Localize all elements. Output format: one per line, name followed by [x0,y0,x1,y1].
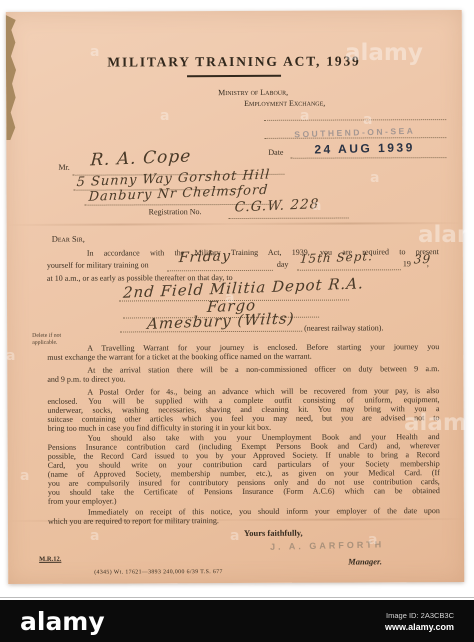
para3-line: and 9 p.m. to direct you. [47,373,439,385]
document-paper: MILITARY TRAINING ACT, 1939 Ministry of … [6,10,464,584]
mr-label: Mr. [58,163,69,172]
alamy-footer-bar: alamy Image ID: 2A3CB3C www.alamy.com [0,600,474,642]
para1-lead: yourself for military training on [47,260,167,271]
employment-exchange-line: Employment Exchange, [244,99,325,108]
closing: Yours faithfully, [244,528,303,538]
recipient-name-handwriting: R. A. Cope [90,146,192,170]
document-title: MILITARY TRAINING ACT, 1939 [6,53,462,71]
salutation: Dear Sir, [52,234,85,244]
date-label: Date [268,148,283,157]
registration-number-handwriting: C.G.W. 228 [234,196,320,215]
registration-label: Registration No. [149,207,202,216]
image-id-text: Image ID: 2A3CB3C [385,611,454,620]
date-stamp: 24 AUG 1939 [314,140,415,156]
date-handwriting: 15th Sept. [299,249,373,266]
dotted-line [264,118,446,121]
torn-paper-edge [6,15,17,140]
day-name-handwriting: Friday [178,248,231,266]
printer-imprint: (4345) Wt. 17621—3893 240,000 6/39 T.S. … [94,569,223,576]
alamy-logo: alamy [20,607,105,636]
signature-title: Manager. [348,556,382,566]
para1-line1: In accordance with the Military Training… [47,247,439,259]
stock-photo-frame: MILITARY TRAINING ACT, 1939 Ministry of … [0,0,474,642]
form-code: M.R.12. [39,556,61,563]
paper-crease [7,222,463,226]
day-word: day [277,260,297,270]
dotted-line [229,217,349,220]
para6-line: which you are required to report for mil… [48,515,440,527]
year-comma: , [427,259,435,269]
dotted-line [120,330,302,333]
para2-line: must exchange the warrant for a ticket a… [47,351,439,363]
alamy-url-text: www.alamy.com [385,622,454,632]
dotted-line [167,269,273,271]
para5-line: from your employer.) [48,495,440,507]
dotted-line [297,268,401,270]
bar-hairline [0,597,474,598]
signature-stamp: J. A. GARFORTH [270,539,384,551]
title-underline [187,75,281,77]
station-note: (nearest railway station). [304,323,383,332]
ministry-line: Ministry of Labour, [218,88,288,97]
footer-info: Image ID: 2A3CB3C www.alamy.com [385,611,454,632]
